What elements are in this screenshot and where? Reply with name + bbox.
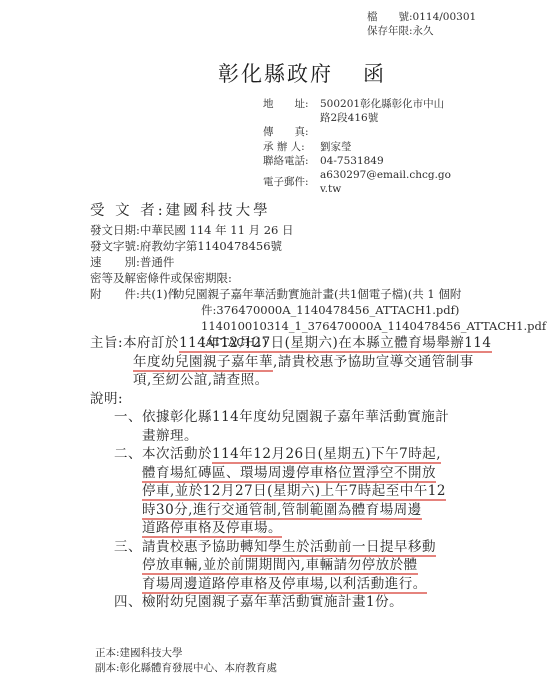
address-line2: 路2段416號 (263, 111, 451, 125)
secrecy-line: 密等及解密條件或保密期限: (90, 270, 546, 286)
item1-line-2: 畫辦理。 (90, 427, 500, 446)
retention-period: 保存年限:永久 (367, 25, 476, 39)
item2-text: 本次活動於 (142, 446, 212, 462)
item2-underlined-text: 停車,並於12月27日(星期六)上午7時起至中午12 (142, 483, 446, 501)
issue-number: 發文字號:府教幼字第1140478456號 (90, 238, 546, 254)
meta-info-block: 發文日期:中華民國 114 年 11 月 26 日 發文字號:府教幼字第1140… (90, 222, 546, 350)
item3-line-2: 停放車輛,並於前開期間內,車輛請勿停放於體 (90, 556, 500, 575)
attachment-line1: 幼兒園親子嘉年華活動實施計畫(共1個電子檔)(共 1 個附 (173, 286, 546, 302)
email-line2: v.tw (320, 182, 451, 196)
document-type: 函 (363, 58, 386, 88)
item4-line-1: 四、檢附幼兒園親子嘉年華活動實施計畫1份。 (90, 593, 500, 612)
item4-number: 四、 (114, 593, 142, 612)
explanation-label: 說明: (90, 390, 500, 409)
item2-line-1: 二、本次活動於114年12月26日(星期五)下午7時起, (90, 445, 500, 464)
item2-underlined-text: 道路停車格及停車場。 (142, 520, 282, 538)
item2-line-4: 時30分,進行交通管制,管制範圍為體育場周邊 (90, 501, 500, 520)
email-label: 電子郵件: (263, 175, 320, 189)
item1-text: 依據彰化縣114年度幼兒園親子嘉年華活動實施計 (142, 409, 449, 425)
item2-line-5: 道路停車格及停車場。 (90, 519, 500, 538)
officer-label: 承 辦 人: (263, 140, 320, 154)
file-number: 檔 號:0114/00301 (367, 11, 476, 25)
item2-underlined-text: 時30分,進行交通管制,管制範圍為體育場周邊 (142, 502, 422, 520)
item4-text: 檢附幼兒園親子嘉年華活動實施計畫1份。 (142, 594, 403, 610)
item3-underlined-text: 育場周邊道路停車格及停車場,以利活動進行。 (142, 576, 427, 594)
item1-line-1: 一、依據彰化縣114年度幼兒園親子嘉年華活動實施計 (90, 408, 500, 427)
item3-underlined-text: 停放車輛,並於前開期間內,車輛請勿停放於體 (142, 557, 418, 575)
footer-block: 正本:建國科技大學 副本:彰化縣體育發展中心、本府教育處 (95, 646, 277, 675)
item3-line-1: 三、請貴校惠予協助轉知學生於活動前一日提早移動 (90, 538, 500, 557)
address-line1: 500201彰化縣彰化市中山 (320, 97, 444, 111)
item2-underlined-text: 114年12月26日(星期五)下午7時起, (212, 446, 441, 464)
subject-line-2: 年度幼兒園親子嘉年華,請貴校惠予協助宣導交通管制事 (90, 353, 500, 372)
document-title: 彰化縣政府 函 (218, 58, 386, 88)
item2-line-3: 停車,並於12月27日(星期六)上午7時起至中午12 (90, 482, 500, 501)
contact-block: 地 址: 500201彰化縣彰化市中山 路2段416號 傳 真: 承 辦 人: … (263, 97, 451, 196)
letter-body: 主旨:本府訂於114年12月27日(星期六)在本縣立體育場舉辦114 年度幼兒園… (90, 334, 500, 612)
subject-text: 本府訂於 (123, 335, 179, 351)
issue-date: 發文日期:中華民國 114 年 11 月 26 日 (90, 222, 546, 238)
subject-text: 項,至紉公誼,請查照。 (133, 372, 269, 388)
item1-text: 畫辦理。 (142, 428, 198, 444)
item3-line-3: 育場周邊道路停車格及停車場,以利活動進行。 (90, 575, 500, 594)
official-letter-page: 檔 號:0114/00301 保存年限:永久 彰化縣政府 函 地 址: 5002… (0, 0, 556, 700)
explanation-label-text: 說明: (90, 391, 123, 407)
attachment-line3: 114010010314_1_376470000A_1140478456_ATT… (173, 318, 546, 334)
item3-underlined-text: 轉知學生於活動前一日提早移動 (240, 539, 436, 557)
item2-line-2: 體育場紅磚區、環場周邊停車格位置淨空不開放 (90, 464, 500, 483)
issuing-org: 彰化縣政府 (218, 58, 333, 88)
email-line1: a630297@email.chcg.go (320, 168, 451, 182)
item2-number: 二、 (114, 445, 142, 464)
subject-label: 主旨: (90, 335, 123, 351)
item2-underlined-text: 體育場紅磚區、環場周邊停車格位置淨空不開放 (142, 465, 436, 483)
speed-class: 速 別:普通件 (90, 254, 546, 270)
item3-number: 三、 (114, 538, 142, 557)
phone-value: 04-7531849 (320, 154, 384, 168)
subject-text: ,請貴校惠予協助宣導交通管制事 (273, 354, 474, 370)
file-number-block: 檔 號:0114/00301 保存年限:永久 (367, 11, 476, 38)
item1-number: 一、 (114, 408, 142, 427)
fax-label: 傳 真: (263, 125, 320, 139)
subject-line-1: 主旨:本府訂於114年12月27日(星期六)在本縣立體育場舉辦114 (90, 334, 500, 353)
officer-name: 劉家瑩 (320, 140, 352, 154)
original-recipient: 正本:建國科技大學 (95, 646, 277, 661)
subject-underlined-text: 年度幼兒園親子嘉年華 (133, 354, 273, 372)
recipient-line: 受 文 者:建國科技大學 (90, 199, 271, 220)
attachment-line2: 件:376470000A_1140478456_ATTACH1.pdf) (173, 302, 546, 318)
item3-text: 請貴校惠予協助 (142, 539, 240, 555)
copy-recipients: 副本:彰化縣體育發展中心、本府教育處 (95, 661, 277, 676)
subject-line-3: 項,至紉公誼,請查照。 (90, 371, 500, 390)
phone-label: 聯絡電話: (263, 154, 320, 168)
address-label: 地 址: (263, 97, 320, 111)
subject-underlined-text: 114年12月27日(星期六)在本縣立體育場舉辦114 (179, 335, 491, 353)
